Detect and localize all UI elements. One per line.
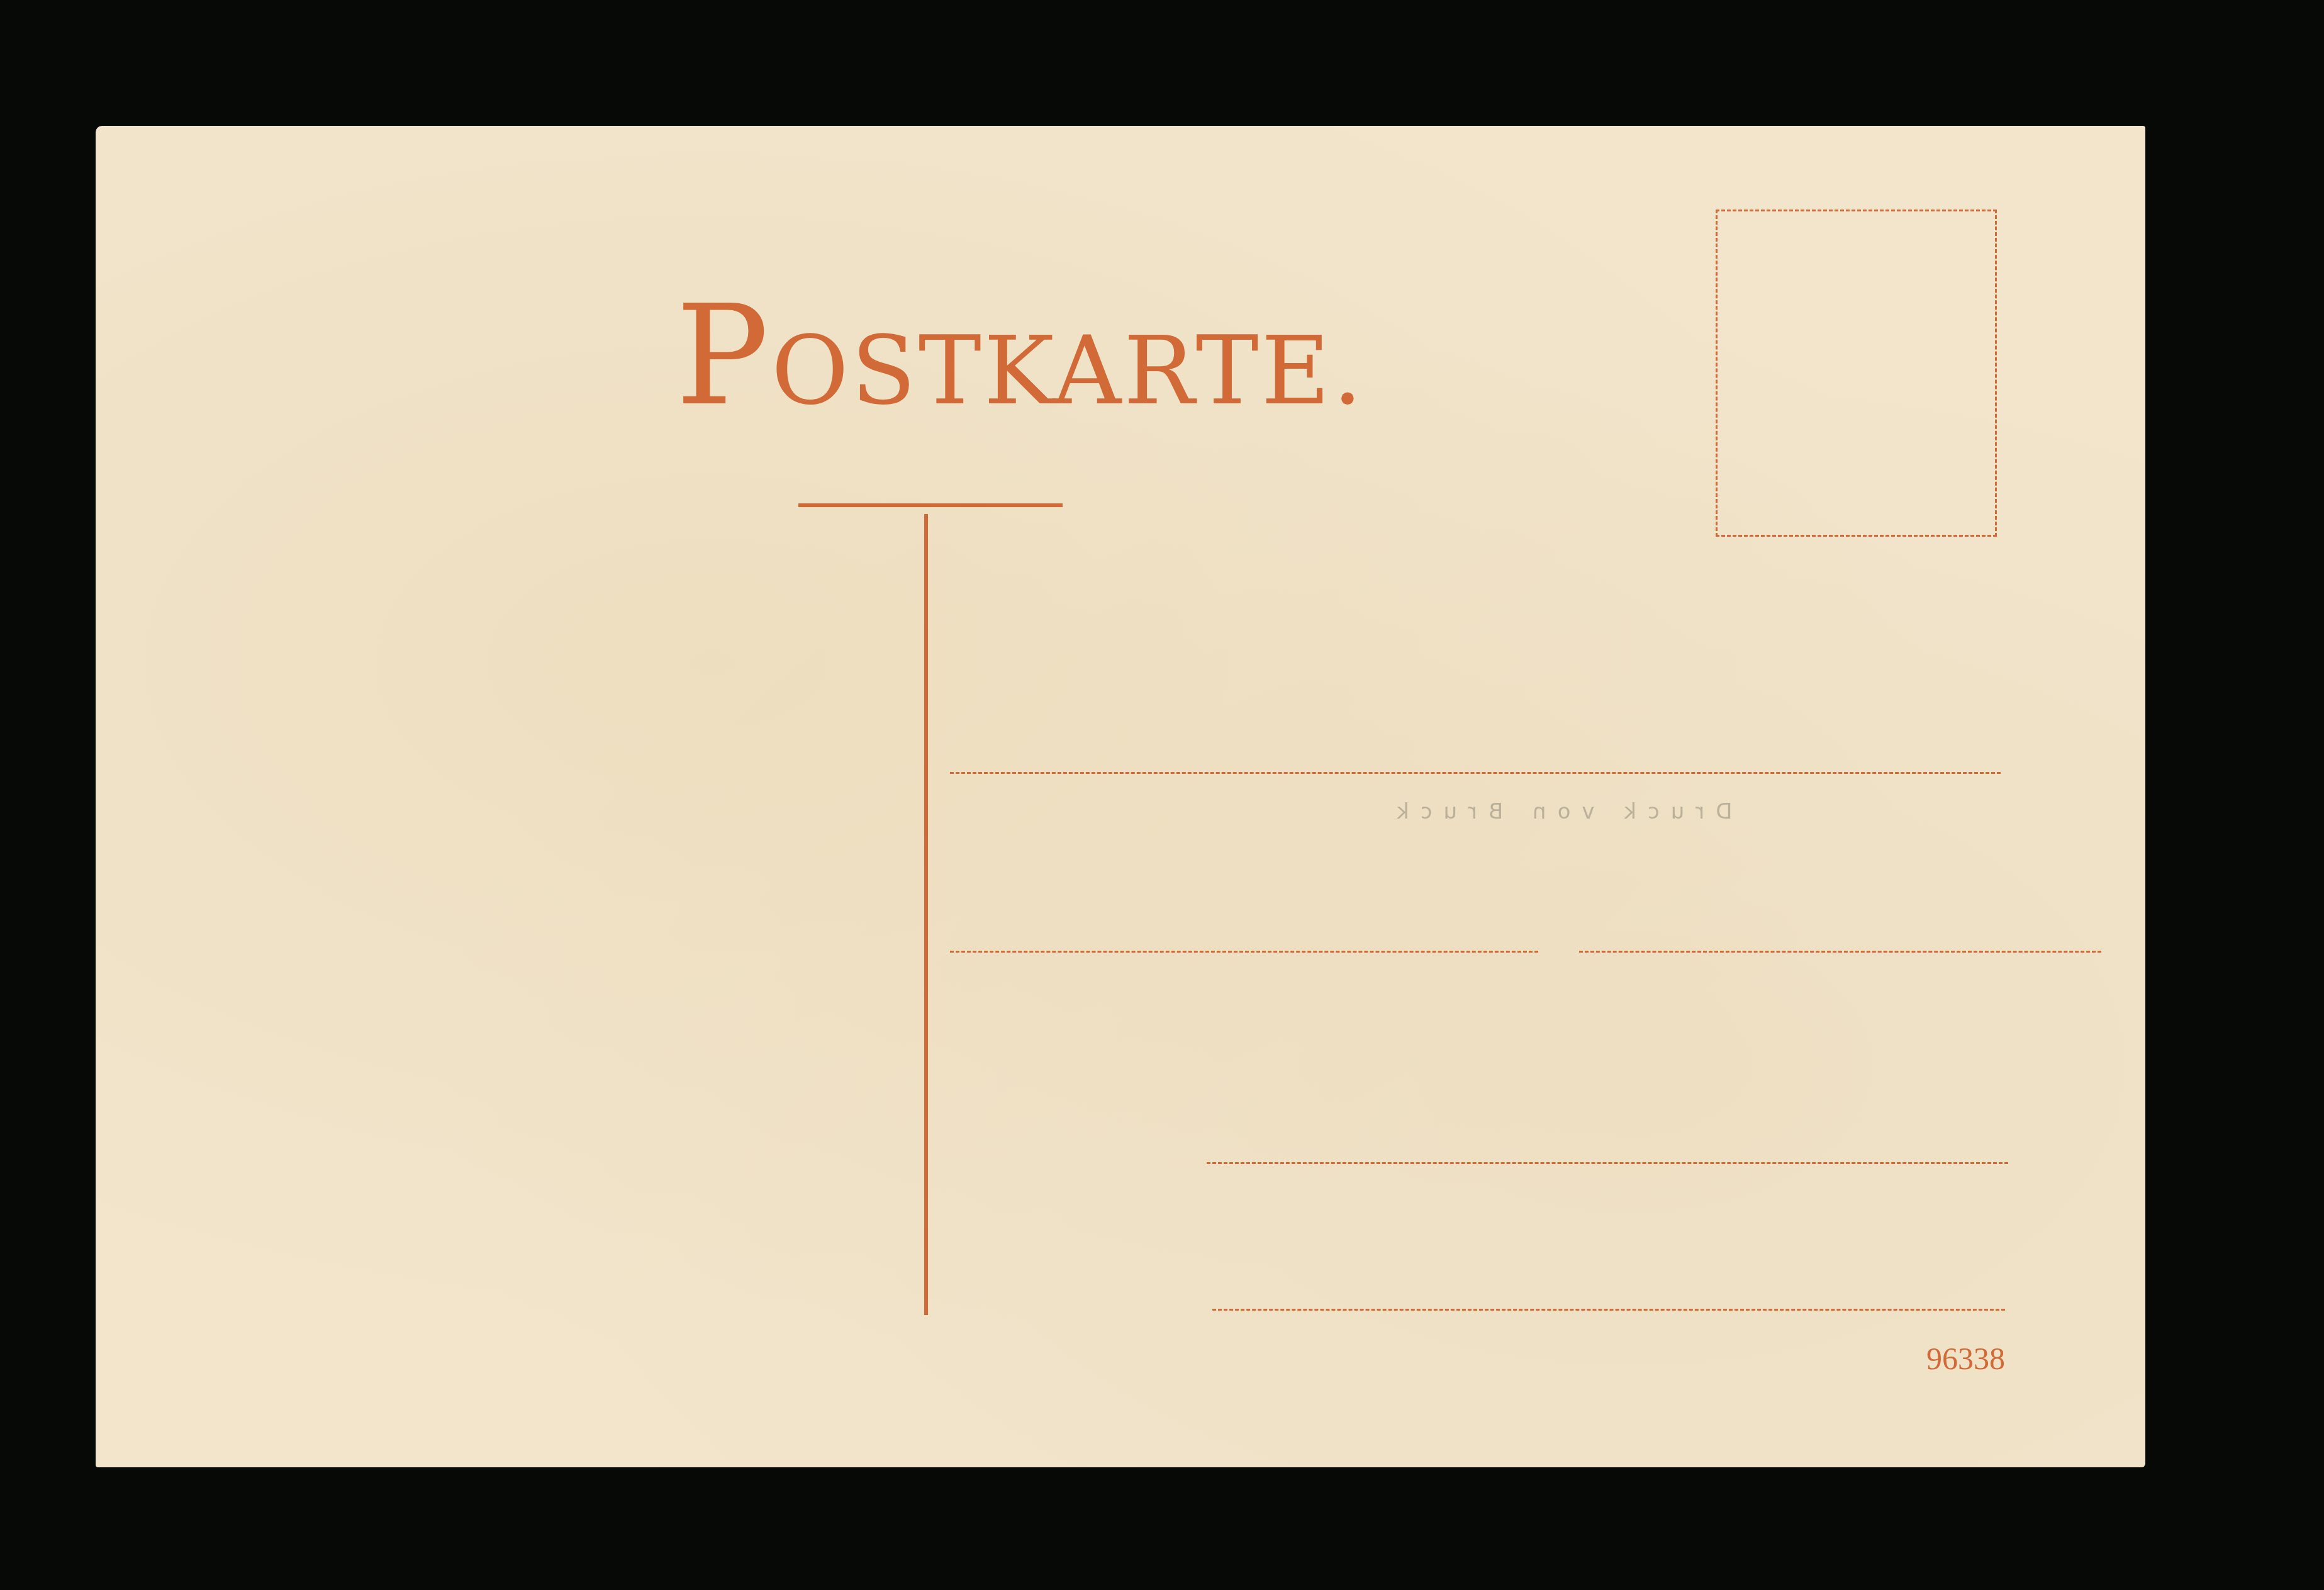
ghost-offset-text: Druck von Bruck [1385, 799, 1732, 824]
address-line-3 [1207, 1162, 2008, 1164]
address-line-2a [950, 951, 1538, 953]
serial-number: 96338 [1926, 1340, 2005, 1377]
title-initial: P [676, 275, 771, 436]
message-divider-top [798, 503, 1063, 507]
address-line-4 [1212, 1309, 2005, 1311]
postkarte-title: POSTKARTE. [676, 286, 1365, 425]
stamp-placement-box [1716, 210, 1997, 537]
address-line-2b [1579, 951, 2101, 953]
postcard: POSTKARTE. Druck von Bruck 96338 [96, 126, 2145, 1467]
message-divider-vertical [924, 514, 928, 1315]
title-rest: OSTKARTE. [771, 316, 1365, 426]
address-line-1 [950, 772, 2001, 774]
